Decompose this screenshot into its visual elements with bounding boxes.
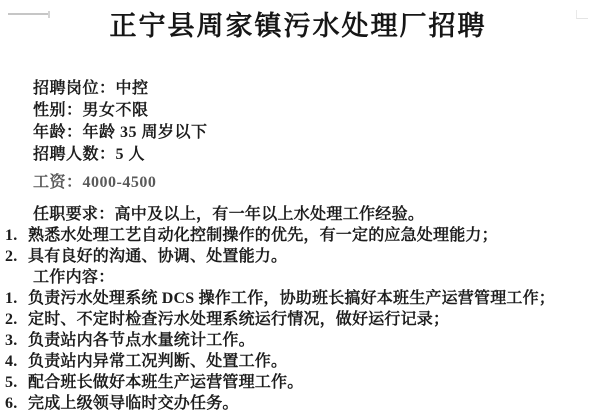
item-number: 3. — [0, 330, 28, 351]
duties-heading: 工作内容： — [0, 267, 596, 288]
item-text: 定时、不定时检查污水处理系统运行情况，做好运行记录； — [28, 309, 596, 330]
duty-item: 1. 负责污水处理系统 DCS 操作工作，协助班长搞好本班生产运营管理工作； — [0, 288, 596, 309]
field-position: 招聘岗位：中控 — [0, 78, 596, 100]
job-info-block: 招聘岗位：中控 性别：男女不限 年龄：年龄 35 周岁以下 招聘人数：5 人 — [0, 78, 596, 166]
duties-section: 工作内容： 1. 负责污水处理系统 DCS 操作工作，协助班长搞好本班生产运营管… — [0, 267, 596, 414]
item-number: 6. — [0, 393, 28, 414]
duty-item: 3. 负责站内各节点水量统计工作。 — [0, 330, 596, 351]
duty-item: 6. 完成上级领导临时交办任务。 — [0, 393, 596, 414]
document-title: 正宁县周家镇污水处理厂招聘 — [0, 8, 596, 44]
field-age: 年龄：年龄 35 周岁以下 — [0, 122, 596, 144]
recruitment-notice-page: 正宁县周家镇污水处理厂招聘 招聘岗位：中控 性别：男女不限 年龄：年龄 35 周… — [0, 8, 596, 419]
requirement-item: 1. 熟悉水处理工艺自动化控制操作的优先，有一定的应急处理能力； — [0, 225, 596, 246]
item-text: 负责站内异常工况判断、处置工作。 — [28, 351, 596, 372]
field-salary: 工资：4000-4500 — [0, 172, 596, 194]
item-text: 熟悉水处理工艺自动化控制操作的优先，有一定的应急处理能力； — [28, 225, 596, 246]
item-text: 负责污水处理系统 DCS 操作工作，协助班长搞好本班生产运营管理工作； — [28, 288, 596, 309]
duty-item: 5. 配合班长做好本班生产运营管理工作。 — [0, 372, 596, 393]
requirements-section: 任职要求：高中及以上，有一年以上水处理工作经验。 1. 熟悉水处理工艺自动化控制… — [0, 204, 596, 267]
field-headcount: 招聘人数：5 人 — [0, 144, 596, 166]
item-number: 1. — [0, 225, 28, 246]
item-number: 2. — [0, 309, 28, 330]
item-number: 2. — [0, 246, 28, 267]
item-text: 完成上级领导临时交办任务。 — [28, 393, 596, 414]
duty-item: 4. 负责站内异常工况判断、处置工作。 — [0, 351, 596, 372]
scan-artifact-top-left — [8, 13, 48, 15]
item-number: 1. — [0, 288, 28, 309]
item-text: 配合班长做好本班生产运营管理工作。 — [28, 372, 596, 393]
item-number: 5. — [0, 372, 28, 393]
requirement-item: 2. 具有良好的沟通、协调、处置能力。 — [0, 246, 596, 267]
item-text: 具有良好的沟通、协调、处置能力。 — [28, 246, 596, 267]
scan-artifact-top-right — [576, 10, 588, 19]
requirements-heading: 任职要求：高中及以上，有一年以上水处理工作经验。 — [0, 204, 596, 225]
duty-item: 2. 定时、不定时检查污水处理系统运行情况，做好运行记录； — [0, 309, 596, 330]
item-number: 4. — [0, 351, 28, 372]
field-gender: 性别：男女不限 — [0, 100, 596, 122]
item-text: 负责站内各节点水量统计工作。 — [28, 330, 596, 351]
